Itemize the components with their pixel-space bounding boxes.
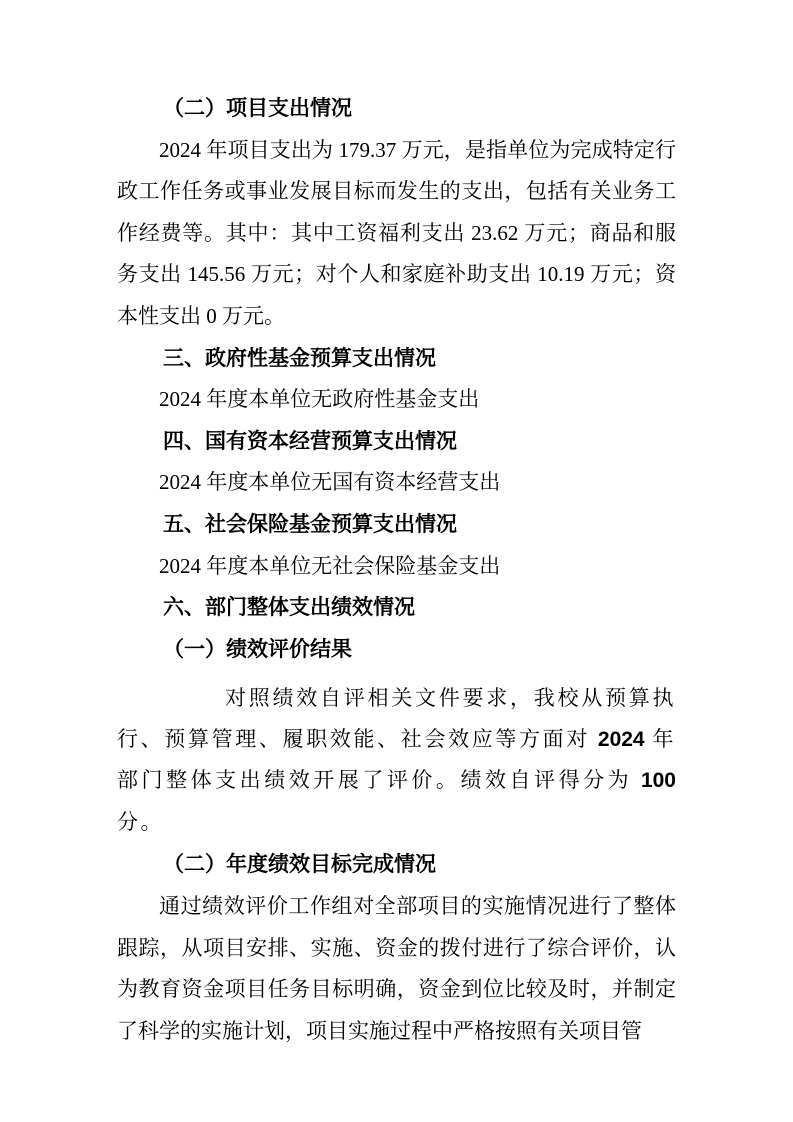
paragraph-self-evaluation: 对照绩效自评相关文件要求，我校从预算执行、预算管理、履职效能、社会效应等方面对 … xyxy=(117,678,676,842)
section-heading-performance-result: （一）绩效评价结果 xyxy=(117,629,676,671)
section-heading-government-fund: 三、政府性基金预算支出情况 xyxy=(117,338,676,380)
section-heading-social-insurance: 五、社会保险基金预算支出情况 xyxy=(117,504,676,546)
paragraph-project-expenditure-detail: 2024 年项目支出为 179.37 万元，是指单位为完成特定行政工作任务或事业… xyxy=(117,130,676,338)
self-evaluation-text-3: 分。 xyxy=(117,810,164,834)
self-evaluation-score: 100 xyxy=(641,769,676,792)
self-evaluation-year: 2024 xyxy=(598,728,645,751)
paragraph-social-insurance: 2024 年度本单位无社会保险基金支出 xyxy=(117,546,676,588)
section-heading-project-expenditure: （二）项目支出情况 xyxy=(117,88,676,130)
section-heading-annual-target: （二）年度绩效目标完成情况 xyxy=(117,844,676,886)
section-heading-state-capital: 四、国有资本经营预算支出情况 xyxy=(117,421,676,463)
paragraph-state-capital: 2024 年度本单位无国有资本经营支出 xyxy=(117,462,676,504)
paragraph-annual-target-detail: 通过绩效评价工作组对全部项目的实施情况进行了整体跟踪，从项目安排、实施、资金的拨… xyxy=(117,886,676,1052)
paragraph-government-fund: 2024 年度本单位无政府性基金支出 xyxy=(117,379,676,421)
section-heading-overall-performance: 六、部门整体支出绩效情况 xyxy=(117,587,676,629)
document-page: （二）项目支出情况 2024 年项目支出为 179.37 万元，是指单位为完成特… xyxy=(0,0,793,1122)
self-evaluation-text-1: 对照绩效自评相关文件要求，我校从预算执行、预算管理、履职效能、社会效应等方面对 xyxy=(117,686,676,751)
